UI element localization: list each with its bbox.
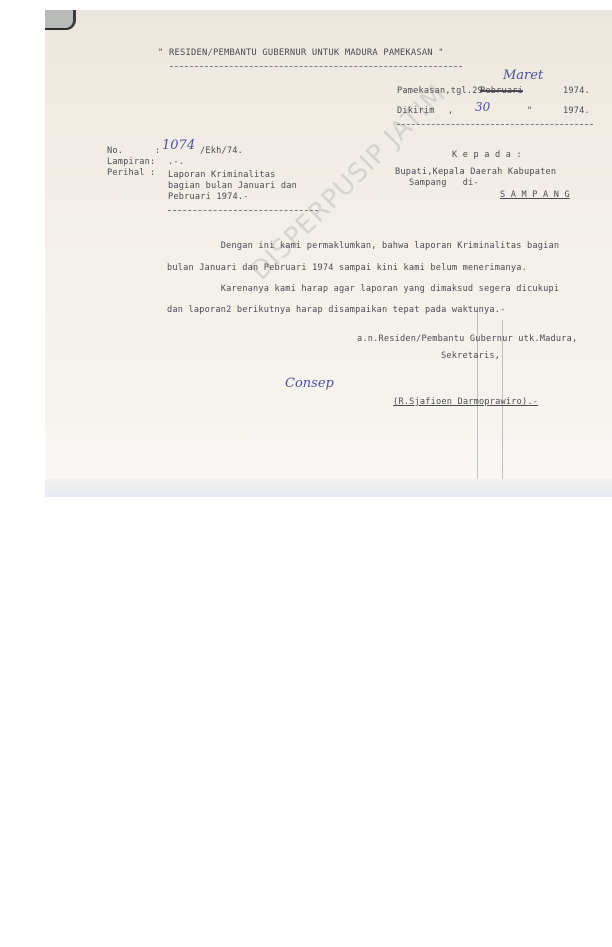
recipient-line: Sampang di-	[409, 178, 479, 188]
sent-sep: ,	[448, 106, 453, 116]
recipient-city: S A M P A N G	[500, 190, 570, 200]
signatory-name: (R.Sjafioen Darmoprawiro).-	[393, 397, 538, 407]
place-date-prefix: Pamekasan,tgl.29	[397, 86, 483, 96]
date-rule	[397, 124, 593, 125]
place-date-year: 1974.	[563, 86, 590, 96]
letterhead: " RESIDEN/PEMBANTU GUBERNUR UNTUK MADURA…	[158, 48, 444, 58]
body-line: Karenanya kami harap agar laporan yang d…	[167, 284, 559, 294]
body-line: Dengan ini kami permaklumkan, bahwa lapo…	[167, 241, 559, 251]
no-suffix: /Ekh/74.	[200, 146, 243, 156]
body-line: dan laporan2 berikutnya harap disampaika…	[167, 305, 506, 315]
perihal-label: Perihal :	[107, 168, 155, 178]
scanned-letter: DISPERPUSIP JATIM " RESIDEN/PEMBANTU GUB…	[45, 10, 612, 497]
recipient-line: Bupati,Kepala Daerah Kabupaten	[395, 167, 556, 177]
signature-on-behalf: a.n.Residen/Pembantu Gubernur utk.Madura…	[357, 334, 577, 344]
lampiran-label: Lampiran:	[107, 157, 155, 167]
letterhead-rule	[170, 66, 462, 67]
perihal-line: Laporan Kriminalitas	[168, 170, 275, 180]
signature-title: Sekretaris,	[441, 351, 500, 361]
perihal-line: bagian bulan Januari dan	[168, 181, 297, 191]
sent-ditto: "	[527, 106, 532, 116]
perihal-line: Pebruari 1974.-	[168, 192, 249, 202]
no-sep: :	[155, 146, 160, 156]
no-label: No.	[107, 146, 123, 156]
struck-month: Pebruari	[480, 86, 523, 96]
sent-year: 1974.	[563, 106, 590, 116]
lampiran-value: .-.	[168, 157, 184, 167]
sent-label: Dikirim	[397, 106, 435, 116]
handwritten-sent-day: 30	[475, 100, 490, 114]
handwritten-month: Maret	[503, 68, 543, 83]
recipient-kepada: K e p a d a :	[452, 150, 522, 160]
perihal-rule	[168, 210, 318, 211]
punch-hole-mark	[45, 10, 76, 30]
handwritten-letter-number: 1074	[162, 138, 195, 153]
body-line: bulan Januari dan Pebruari 1974 sampai k…	[167, 263, 527, 273]
concept-mark: Consep	[285, 376, 334, 391]
